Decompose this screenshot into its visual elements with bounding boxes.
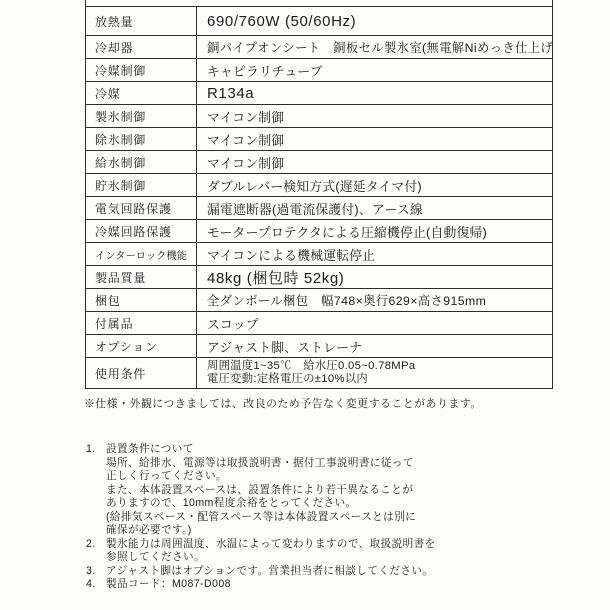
spec-table: 放熱量 690/760W (50/60Hz) 冷却器 銅パイプオンシート 銅板セ… [85,0,553,389]
note-item-4: 4. 製品コード：M087-D008 [86,578,436,592]
note-text: 参照してください。 [106,551,436,565]
table-row: 付属品 スコップ [86,312,552,335]
spec-label: 冷媒回路保護 [86,220,197,242]
note-item-2: 2. 製氷能力は周囲温度、水温によって変わりますので、取扱説明書を 参照してくだ… [86,538,436,565]
spec-value: マイコン制御 [197,105,552,127]
spec-value: ダブルレバー検知方式(遅延タイマ付) [197,174,552,196]
note-text: 確保が必要です。) [106,524,436,538]
spec-label: オプション [86,335,197,357]
product-code: 製品コード：M087-D008 [106,578,436,592]
spec-disclaimer: ※仕様・外観につきましては、改良のため予告なく変更することがあります。 [84,396,482,411]
spec-label: 電気回路保護 [86,197,197,219]
spec-label: 梱包 [86,289,197,311]
usage-condition-line2: 電圧変動:定格電圧の±10%以内 [207,373,368,387]
note-text: 正しく行ってください。 [106,470,436,484]
table-row: 冷媒制御 キャピラリチューブ [86,59,552,82]
spec-value: マイコン制御 [197,151,552,173]
table-row-cutoff [86,0,552,7]
spec-label: 製氷制御 [86,105,197,127]
spec-label: インターロック機能 [86,243,197,265]
spec-label: 付属品 [86,312,197,334]
note-item-3: 3. アジャスト脚はオプションです。営業担当者に相談してください。 [86,565,436,579]
spec-value: 銅パイプオンシート 銅板セル製氷室(無電解Niめっき仕上げ) [197,36,552,58]
table-row: 使用条件 周囲温度1~35℃ 給水圧0.05~0.78MPa 電圧変動:定格電圧… [86,358,552,389]
table-row: 製品質量 48kg (梱包時 52kg) [86,266,552,289]
table-row: 給水制御 マイコン制御 [86,151,552,174]
note-text: 設置条件について [106,443,436,457]
spec-label: 放熱量 [86,7,197,35]
note-item-1: 1. 設置条件について 場所、給排水、電源等は取扱説明書・据付工事説明書に従って… [86,443,436,538]
note-text: (給排気スペース・配管スペース等は本体設置スペースとは別に [106,511,436,525]
spec-value: スコップ [197,312,552,334]
spec-value: 周囲温度1~35℃ 給水圧0.05~0.78MPa 電圧変動:定格電圧の±10%… [197,358,552,388]
spec-value: 690/760W (50/60Hz) [197,7,552,35]
table-row: オプション アジャスト脚、ストレーナ [86,335,552,358]
table-row: 冷却器 銅パイプオンシート 銅板セル製氷室(無電解Niめっき仕上げ) [86,36,552,59]
table-row: インターロック機能 マイコンによる機械運転停止 [86,243,552,266]
spec-value: R134a [197,82,552,104]
spec-label: 給水制御 [86,151,197,173]
table-row: 冷媒回路保護 モータープロテクタによる圧縮機停止(自動復帰) [86,220,552,243]
spec-label: 貯氷制御 [86,174,197,196]
installation-notes: 1. 設置条件について 場所、給排水、電源等は取扱説明書・据付工事説明書に従って… [86,443,436,592]
usage-condition-line1: 周囲温度1~35℃ 給水圧0.05~0.78MPa [207,360,415,374]
table-row: 製氷制御 マイコン制御 [86,105,552,128]
spec-sheet-page: 放熱量 690/760W (50/60Hz) 冷却器 銅パイプオンシート 銅板セ… [0,0,610,610]
spec-label: 使用条件 [86,358,197,388]
spec-label: 除氷制御 [86,128,197,150]
spec-value: キャピラリチューブ [197,59,552,81]
note-text: また、本体設置スペースは、設置条件により若干異なることが [106,484,436,498]
spec-value: 全ダンボール梱包 幅748×奥行629×高さ915mm [197,289,552,311]
note-number: 1. [86,443,106,538]
spec-value: アジャスト脚、ストレーナ [197,335,552,357]
spec-value: モータープロテクタによる圧縮機停止(自動復帰) [197,220,552,242]
spec-value: 48kg (梱包時 52kg) [197,266,552,288]
note-text: アジャスト脚はオプションです。営業担当者に相談してください。 [106,565,436,579]
note-number: 2. [86,538,106,565]
spec-value: マイコン制御 [197,128,552,150]
note-text: 場所、給排水、電源等は取扱説明書・据付工事説明書に従って [106,457,436,471]
note-number: 4. [86,578,106,592]
spec-label: 製品質量 [86,266,197,288]
note-text: ありますので、10mm程度余裕をとってください。 [106,497,436,511]
table-row: 梱包 全ダンボール梱包 幅748×奥行629×高さ915mm [86,289,552,312]
table-row: 電気回路保護 漏電遮断器(過電流保護付)、アース線 [86,197,552,220]
table-row: 貯氷制御 ダブルレバー検知方式(遅延タイマ付) [86,174,552,197]
table-row: 冷媒 R134a [86,82,552,105]
spec-value: 漏電遮断器(過電流保護付)、アース線 [197,197,552,219]
spec-label: 冷媒制御 [86,59,197,81]
spec-label: 冷却器 [86,36,197,58]
table-row: 放熱量 690/760W (50/60Hz) [86,7,552,36]
spec-value: マイコンによる機械運転停止 [197,243,552,265]
note-number: 3. [86,565,106,579]
note-text: 製氷能力は周囲温度、水温によって変わりますので、取扱説明書を [106,538,436,552]
spec-label: 冷媒 [86,82,197,104]
table-row: 除氷制御 マイコン制御 [86,128,552,151]
